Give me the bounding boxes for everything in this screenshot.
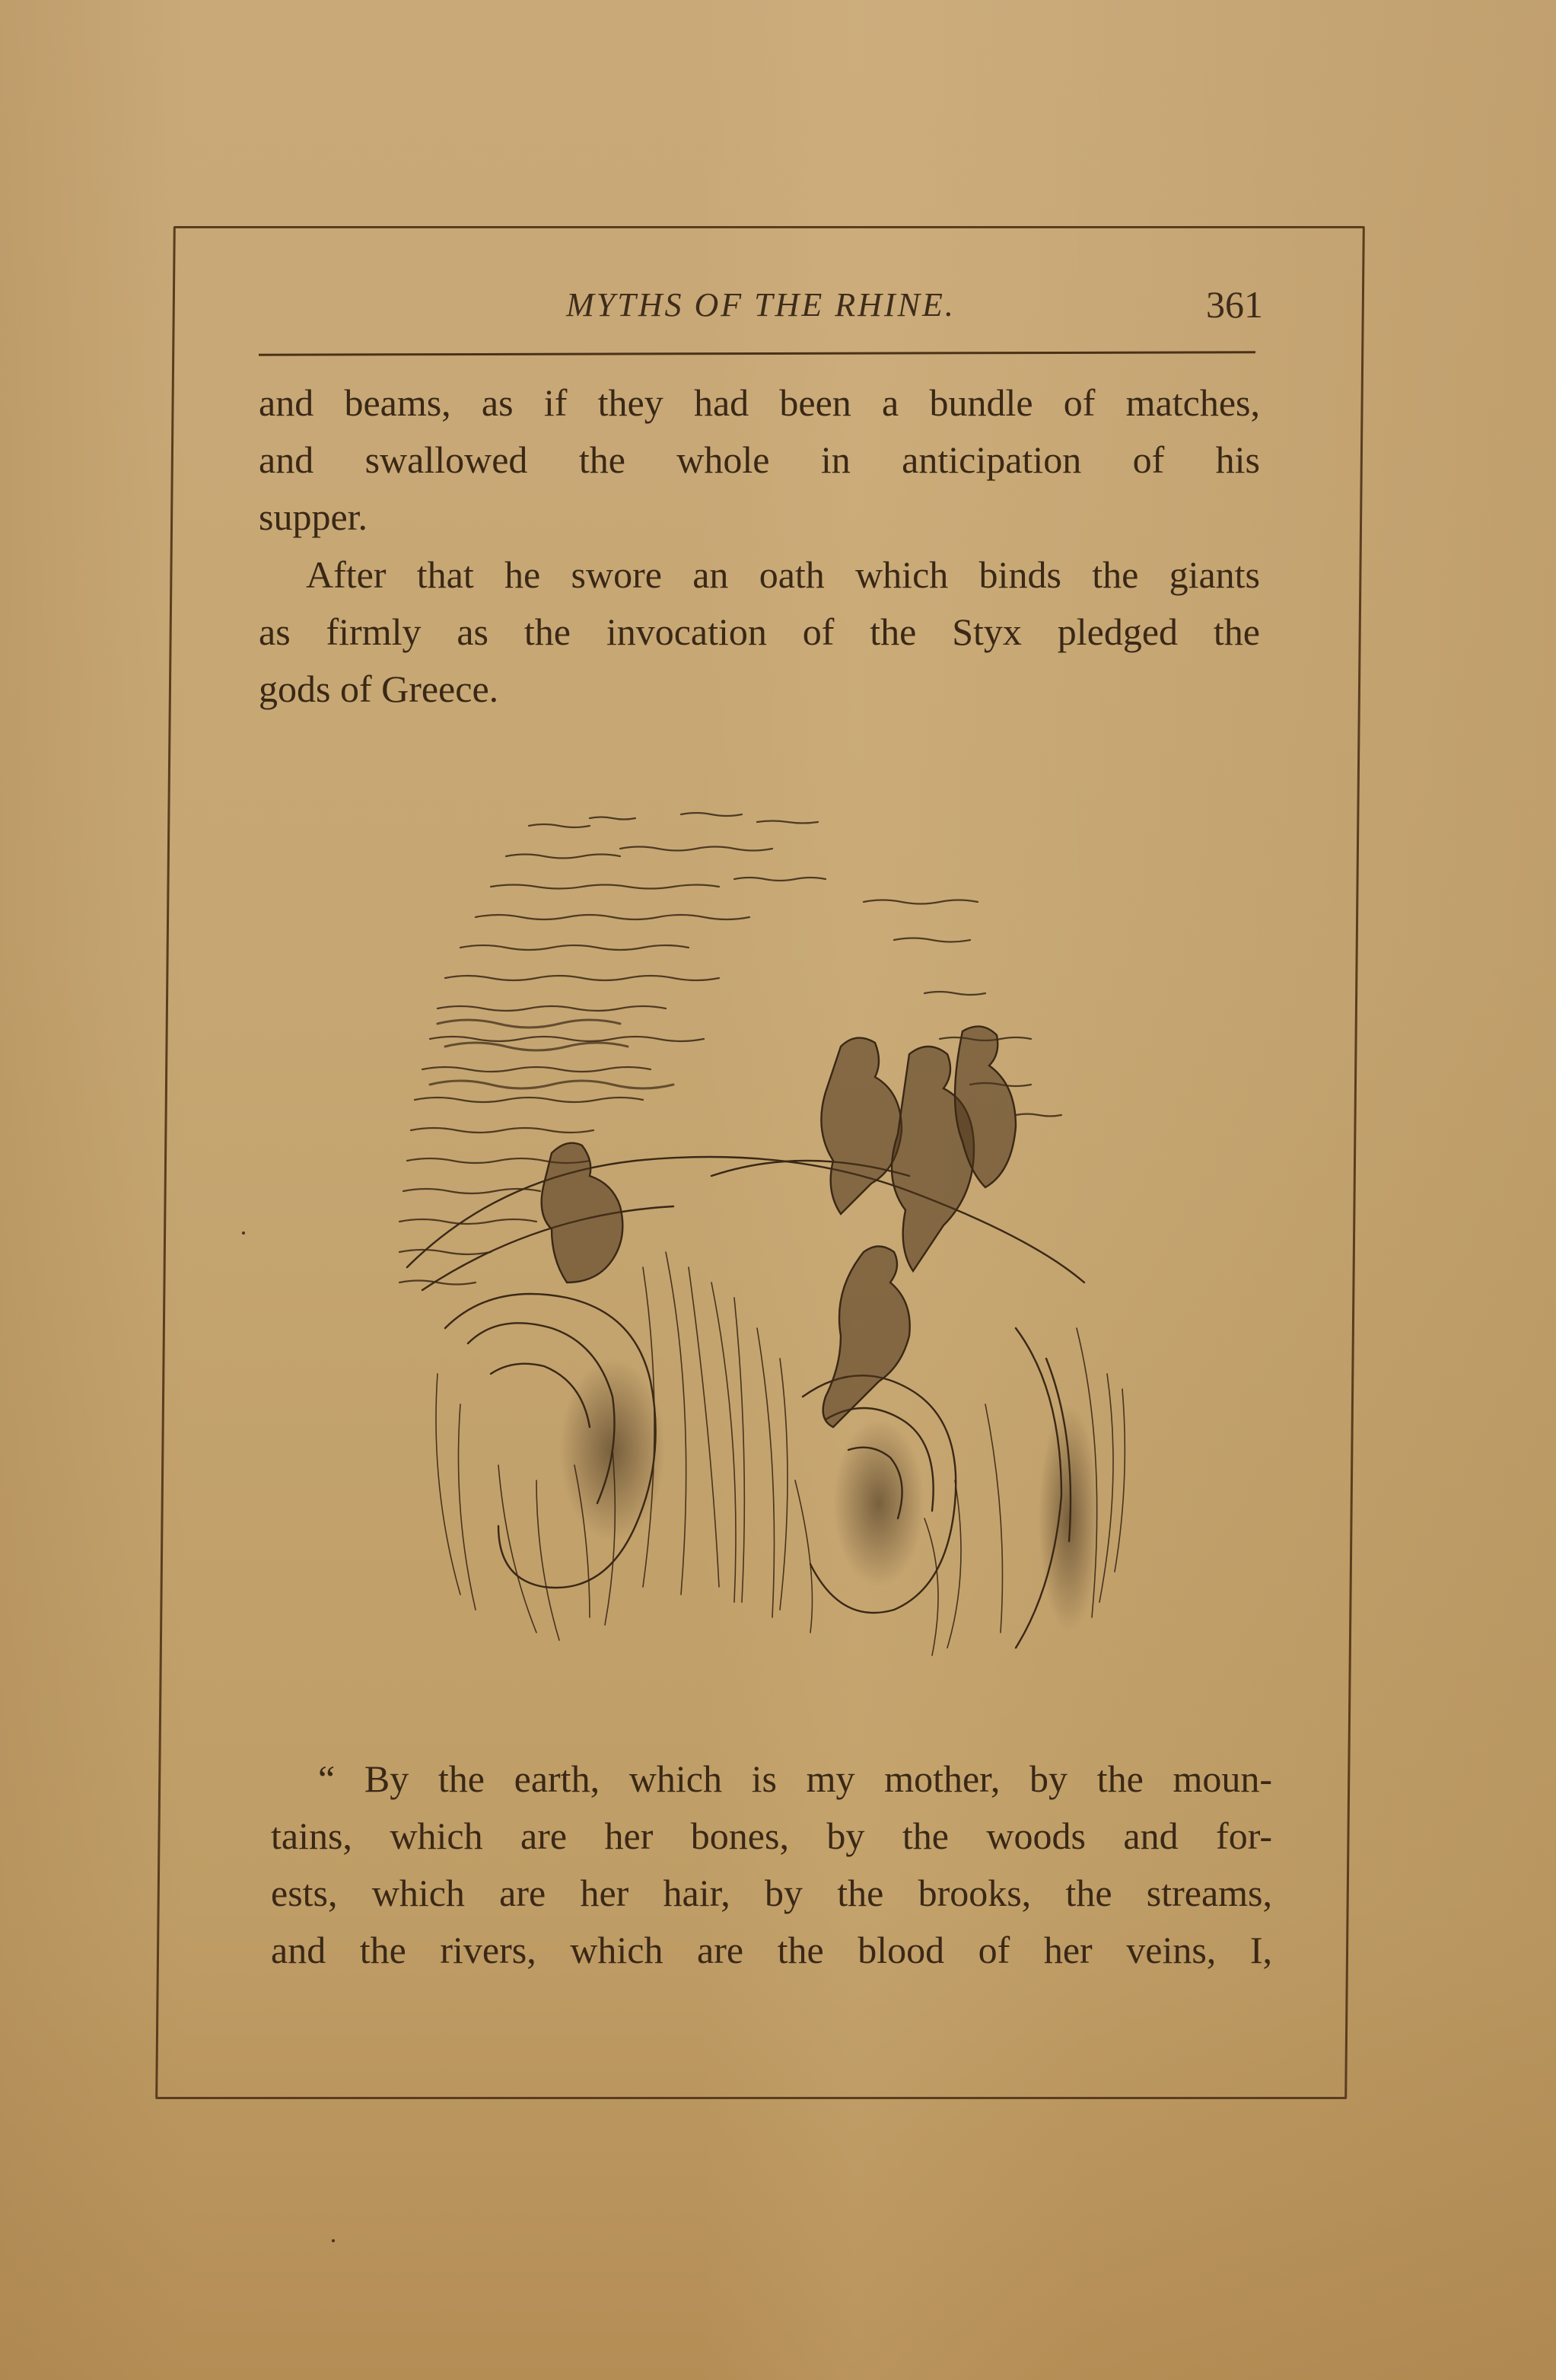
paper-speck [242,1231,245,1235]
giant-head-engraving [392,795,1153,1667]
paragraph-3: “ By the earth, which is my mother, by t… [271,1751,1272,1979]
paragraph-1: and beams, as if they had been a bundle … [259,374,1260,546]
running-head: MYTHS OF THE RHINE. 361 [259,285,1263,331]
text-line: and the rivers, which are the blood of h… [271,1922,1272,1979]
text-line: as firmly as the invocation of the Styx … [259,604,1260,661]
paragraph-2: After that he swore an oath which binds … [259,546,1260,718]
text-line: tains, which are her bones, by the woods… [271,1808,1272,1865]
text-line: gods of Greece. [259,661,1260,718]
text-line: ests, which are her hair, by the brooks,… [271,1865,1272,1922]
text-line: supper. [259,489,1260,546]
text-line: “ By the earth, which is my mother, by t… [271,1751,1272,1808]
page-number: 361 [1206,282,1263,327]
text-line: After that he swore an oath which binds … [259,546,1260,604]
text-line: and swallowed the whole in anticipation … [259,432,1260,489]
running-head-title: MYTHS OF THE RHINE. [259,285,1263,324]
paper-speck [332,2239,335,2242]
text-line: and beams, as if they had been a bundle … [259,374,1260,432]
